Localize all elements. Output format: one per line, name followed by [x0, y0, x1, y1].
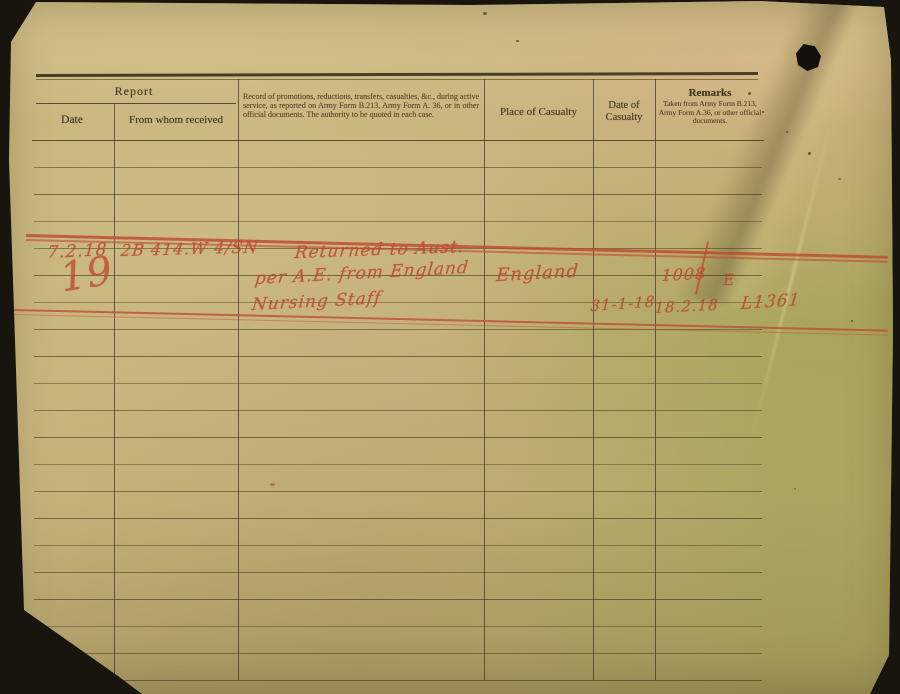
row-line — [34, 653, 762, 654]
scanned-army-form: { "table": { "report_group_label": "Repo… — [0, 0, 900, 694]
column-divider-place — [593, 79, 594, 680]
column-header-place-of-casualty: Place of Casualty — [484, 106, 593, 118]
row-line — [34, 383, 762, 384]
handwritten-record-line2: per A.E. from England — [254, 258, 470, 289]
row-line — [34, 221, 762, 222]
column-divider-datecasualty — [655, 79, 656, 680]
table-top-rule — [36, 72, 758, 77]
paper-speck — [851, 320, 853, 322]
row-line — [34, 518, 762, 519]
handwritten-report-date-2: 19 — [57, 248, 116, 302]
row-line — [34, 626, 762, 627]
row-line — [34, 491, 762, 492]
paper-speck — [748, 92, 751, 95]
column-divider-fromwhom — [238, 79, 239, 680]
paper-crease — [751, 124, 831, 435]
column-divider-date — [114, 104, 115, 680]
paper-speck — [794, 488, 796, 490]
paper-sheet: Report Date From whom received Record of… — [0, 0, 900, 694]
row-line — [34, 599, 762, 600]
row-line — [34, 167, 762, 168]
paper-speck — [516, 40, 519, 42]
paper-speck — [808, 152, 811, 155]
column-header-date-of-casualty: Date of Casualty — [593, 100, 655, 124]
red-rule-bottom-line2 — [14, 314, 888, 336]
paper-speck — [483, 12, 487, 15]
date-of-casualty-line2: Casualty — [593, 112, 655, 124]
row-line — [34, 680, 762, 681]
row-line — [34, 572, 762, 573]
column-header-date: Date — [30, 114, 114, 126]
row-line — [34, 545, 762, 546]
row-line — [34, 356, 762, 357]
paper-speck — [762, 111, 764, 113]
row-line — [34, 464, 762, 465]
handwritten-place-of-casualty: England — [496, 261, 580, 286]
handwritten-date-of-casualty: 31-1-18 — [590, 292, 656, 315]
row-line — [34, 194, 762, 195]
handwritten-remarks-letter: E — [723, 271, 736, 289]
column-divider-record — [484, 79, 485, 680]
punch-hole — [796, 44, 821, 71]
handwritten-remarks-date: 18.2.18 — [654, 296, 719, 317]
paper-speck — [838, 178, 841, 180]
handwritten-remarks-ref: L1361 — [740, 290, 802, 314]
column-header-record: Record of promotions, reductions, transf… — [243, 92, 479, 119]
handwritten-from-whom: 2B 414.W 4/SN — [120, 237, 260, 260]
table-top-rule-thin — [36, 79, 758, 80]
handwritten-record-line3: Nursing Staff — [251, 288, 382, 315]
row-line — [34, 437, 762, 438]
column-header-from-whom: From whom received — [115, 114, 237, 126]
red-ink-speck — [270, 483, 275, 486]
report-group-underline — [36, 103, 236, 104]
paper-speck — [786, 131, 788, 133]
column-header-report-group: Report — [30, 84, 238, 99]
column-header-remarks-subtext: Taken from Army Form B.213, Army Form A.… — [658, 100, 762, 126]
row-line — [34, 410, 762, 411]
date-of-casualty-line1: Date of — [593, 100, 655, 112]
